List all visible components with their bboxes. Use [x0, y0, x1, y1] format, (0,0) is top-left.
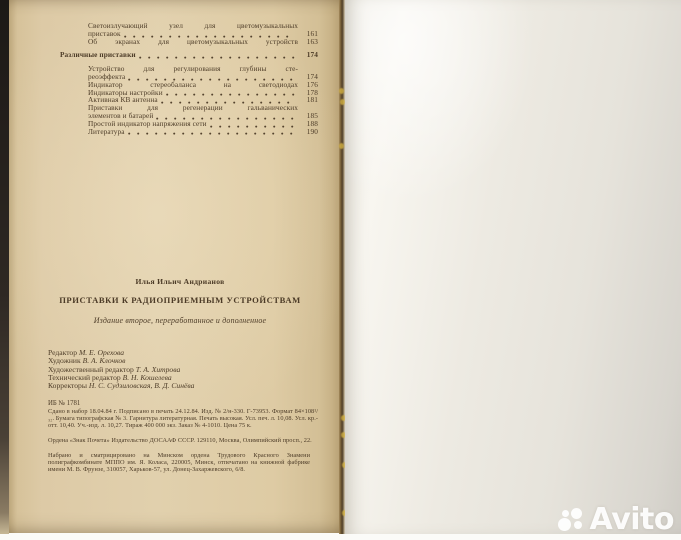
avito-label: Avito — [590, 505, 674, 535]
toc-section-row: Различные приставки174 — [60, 51, 318, 59]
toc-page-number: 190 — [298, 128, 318, 136]
toc-row: Литература190 — [88, 128, 318, 136]
author-line: Илья Ильич Андрианов — [39, 277, 321, 286]
staff-role: Корректоры — [48, 381, 87, 390]
edition-line: Издание второе, переработанное и дополне… — [39, 316, 321, 325]
toc-entry-text: Литература — [88, 128, 125, 136]
book-title: ПРИСТАВКИ К РАДИОПРИЕМНЫМ УСТРОЙСТВАМ — [39, 295, 321, 305]
imprint-paragraph: Сдано в набор 18.04.84 г. Подписано в пе… — [48, 409, 318, 430]
ib-number: ИБ № 1781 — [48, 400, 80, 407]
avito-watermark: Avito — [558, 505, 674, 535]
dot-leader — [210, 122, 295, 128]
right-blank-page — [345, 0, 681, 534]
toc-page-number: 163 — [298, 38, 318, 46]
toc-section-title: Различные приставки — [60, 51, 136, 59]
staff-name: Н. С. Судзиловская, В. Д. Синёва — [89, 381, 195, 390]
book-photo: Светоизлучающий узел для цветомузыкальны… — [0, 0, 681, 540]
dot-leader — [139, 53, 295, 59]
dot-leader — [128, 129, 295, 135]
dot-leader — [166, 90, 295, 96]
avito-logo-icon — [558, 508, 585, 533]
glue-spot — [339, 88, 344, 94]
table-of-contents: Светоизлучающий узел для цветомузыкальны… — [60, 22, 318, 135]
publisher-paragraph: Ордена «Знак Почета» Издательство ДОСААФ… — [48, 437, 318, 444]
toc-page-number: 174 — [298, 51, 318, 59]
left-book-page: Светоизлучающий узел для цветомузыкальны… — [9, 0, 339, 533]
glue-spot — [339, 143, 344, 149]
toc-row: Светоизлучающий узел для цветомузыкальны… — [88, 22, 318, 30]
toc-row: Об экранах для цветомузыкальных устройст… — [88, 38, 318, 46]
toc-entry-text: Об экранах для цветомузыкальных устройст… — [88, 38, 298, 46]
toc-page-number: 181 — [298, 96, 318, 104]
printing-paragraph: Набрано и сматрицировано на Минском орде… — [48, 453, 310, 474]
staff-list: Редактор М. Е. Орехова Художник В. А. Кл… — [48, 349, 194, 390]
table-dark-edge — [0, 0, 9, 534]
staff-row: Корректоры Н. С. Судзиловская, В. Д. Син… — [48, 382, 194, 390]
